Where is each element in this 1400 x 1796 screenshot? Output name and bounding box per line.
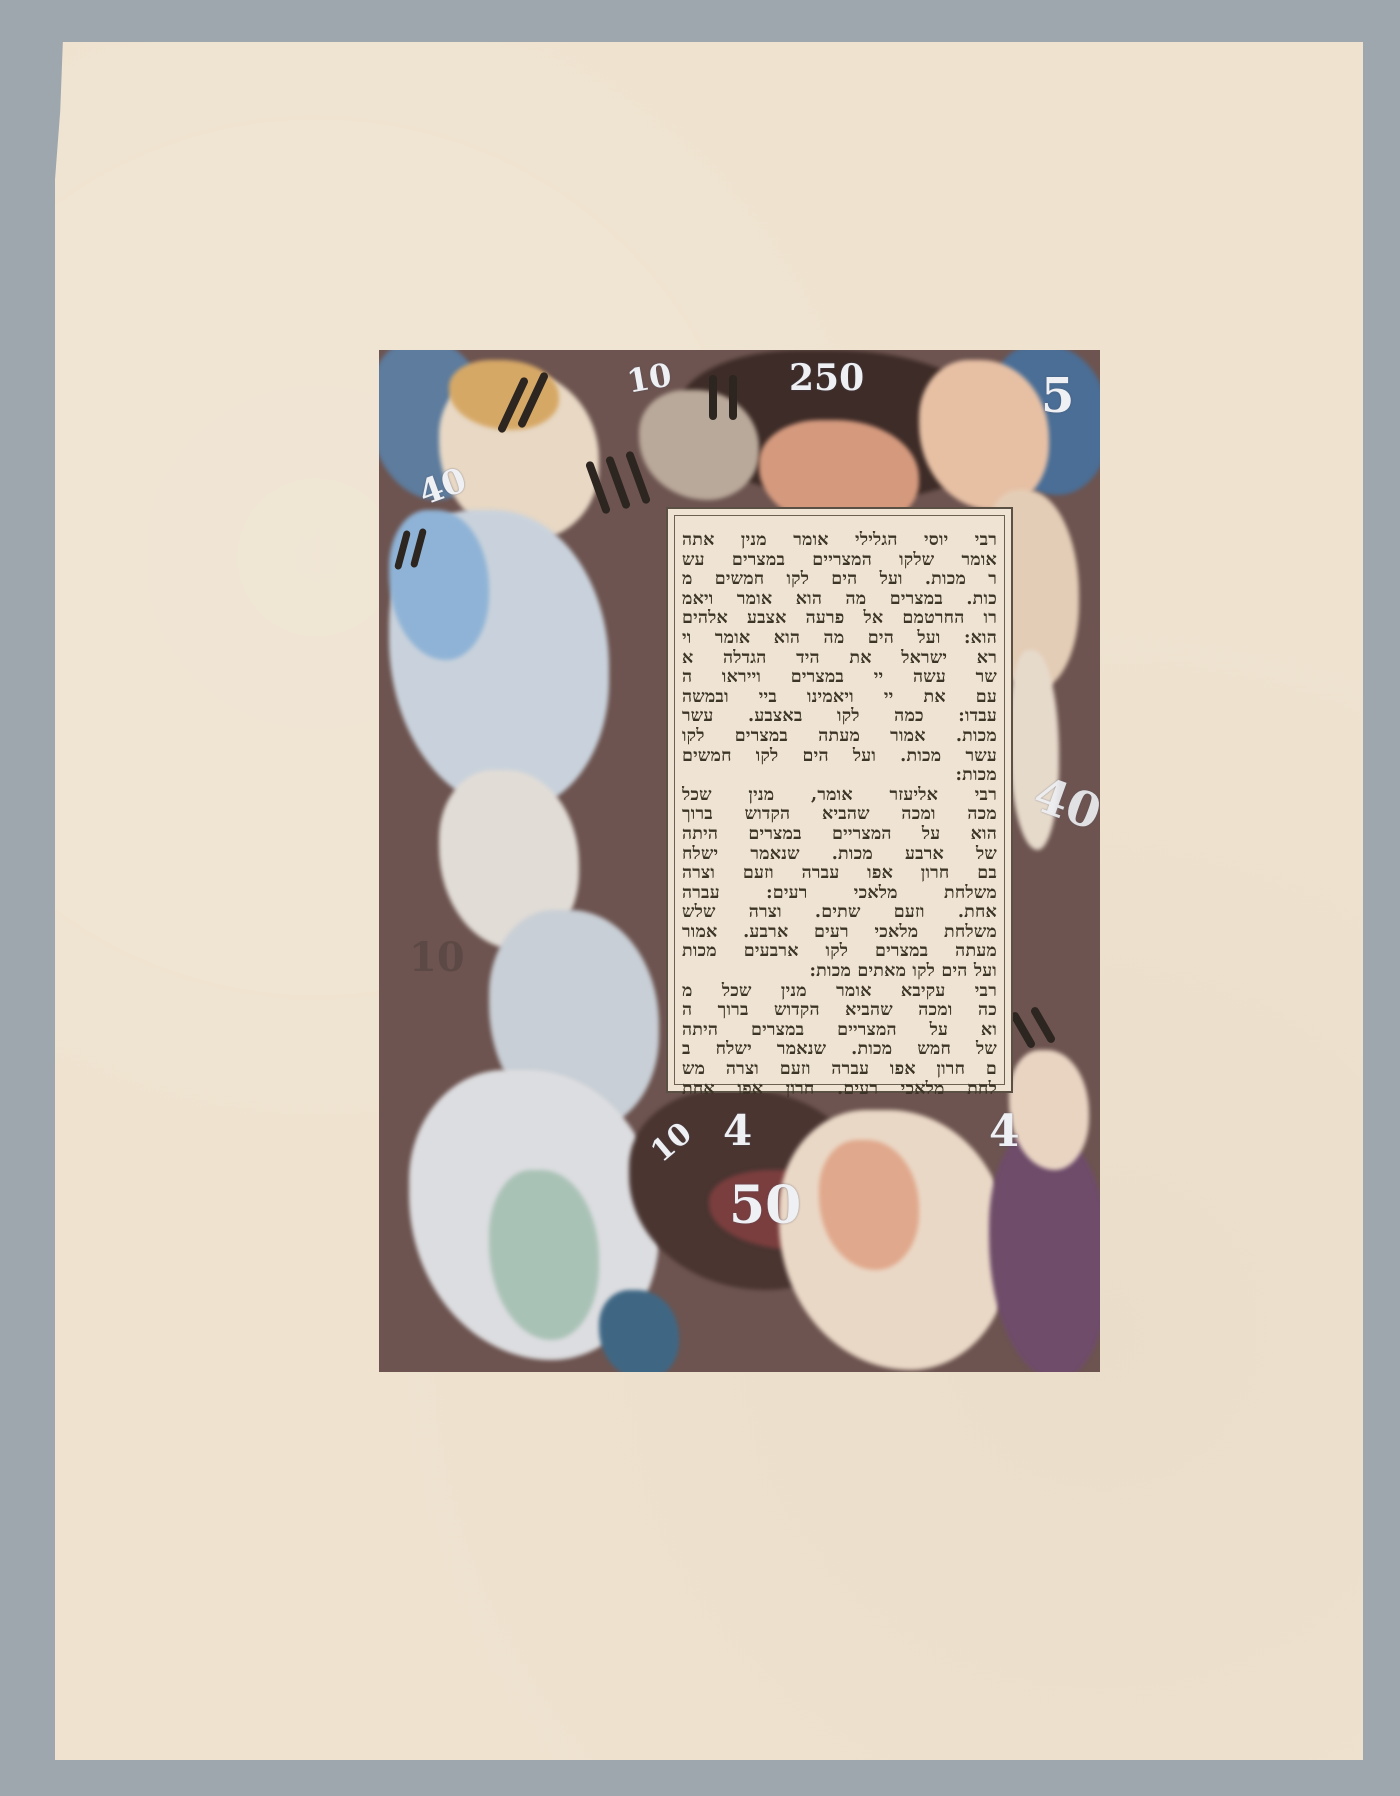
- text-line: מכות:: [682, 766, 997, 786]
- text-line: ם חרון אפו עברה וזעם וצרה מש: [682, 1060, 997, 1080]
- text-line: וא על המצריים במצרים היתה: [682, 1021, 997, 1041]
- numeral-10-left: 10: [409, 938, 465, 978]
- tallit-stripe: [1030, 1006, 1057, 1045]
- numeral-250-top: 250: [789, 360, 864, 396]
- numeral-5-top-right: 5: [1041, 372, 1074, 420]
- numeral-10-top: 10: [625, 358, 674, 397]
- text-line: עם את יי ויאמינו ביי ובמשה: [682, 688, 997, 708]
- text-line: של חמש מכות. שנאמר ישלח ב: [682, 1040, 997, 1060]
- tallit-stripe: [729, 375, 737, 420]
- hebrew-text-body: רבי יוסי הגלילי אומר מנין אתה אומר שלקו …: [682, 531, 997, 1099]
- numeral-4-bottom: 4: [723, 1110, 752, 1152]
- text-line: הוא: ועל הים מה הוא אומר וי: [682, 629, 997, 649]
- numeral-50-bottom: 50: [729, 1180, 801, 1232]
- text-line: עבדו: כמה לקו באצבע. עשר: [682, 707, 997, 727]
- figure-head-center: [639, 390, 759, 500]
- text-line: שר עשה יי במצרים וייראו ה: [682, 668, 997, 688]
- text-line: בם חרון אפו עברה וזעם וצרה: [682, 864, 997, 884]
- tallit-stripe: [1010, 1011, 1037, 1050]
- text-line: מכות. אמור מעתה במצרים לקו: [682, 727, 997, 747]
- hebrew-text-panel: רבי יוסי הגלילי אומר מנין אתה אומר שלקו …: [666, 507, 1013, 1093]
- text-line: הוא על המצריים במצרים היתה: [682, 825, 997, 845]
- text-line: אחת. וזעם שתים. וצרה שלש: [682, 903, 997, 923]
- text-line: מכה ומכה שהביא הקדוש ברוך: [682, 805, 997, 825]
- text-line: ועל הים לקו מאתים מכות:: [682, 962, 997, 982]
- tallit-stripe: [605, 455, 631, 509]
- text-line: רבי יוסי הגלילי אומר מנין אתה: [682, 531, 997, 551]
- text-line: עשר מכות. ועל הים לקו חמשים: [682, 747, 997, 767]
- text-line: כות. במצרים מה הוא אומר ויאמ: [682, 590, 997, 610]
- text-line: רו החרטמם אל פרעה אצבע אלהים: [682, 609, 997, 629]
- text-line: משלחת מלאכי רעים: עברה: [682, 884, 997, 904]
- text-line: רבי עקיבא אומר מנין שכל מ: [682, 982, 997, 1002]
- tallit-stripe: [709, 375, 717, 420]
- text-line: של ארבע מכות. שנאמר ישלח: [682, 845, 997, 865]
- text-line: משלחת מלאכי רעים ארבע. אמור: [682, 923, 997, 943]
- text-line: לחת מלאכי רעים. חרון אפו אחת: [682, 1080, 997, 1100]
- wash-blue-bottom: [599, 1290, 679, 1372]
- text-line: אומר שלקו המצריים במצרים עש: [682, 551, 997, 571]
- numeral-4-bottom-right: 4: [989, 1110, 1020, 1154]
- text-line: רא ישראל את היד הגדלה א: [682, 649, 997, 669]
- text-line: ר מכות. ועל הים לקו חמשים מ: [682, 570, 997, 590]
- text-line: רבי אליעזר אומר, מנין שכל: [682, 786, 997, 806]
- text-line: כה ומכה שהביא הקדוש ברוך ה: [682, 1001, 997, 1021]
- text-line: מעתה במצרים לקו ארבעים מכות: [682, 942, 997, 962]
